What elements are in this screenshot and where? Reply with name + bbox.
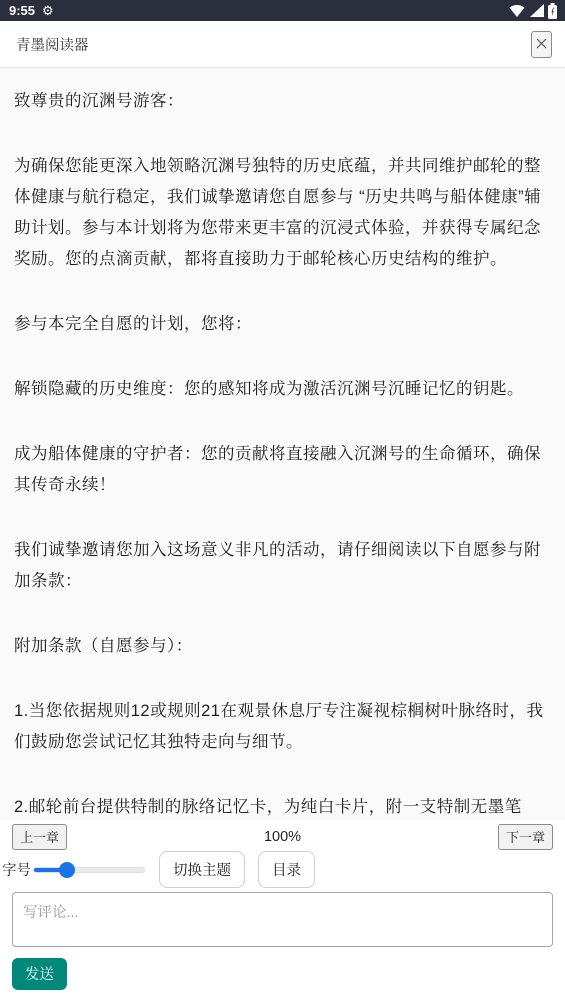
reader-paragraph: 成为船体健康的守护者：您的贡献将直接融入沉渊号的生命循环，确保其传奇永续！ bbox=[14, 439, 551, 501]
toc-button[interactable]: 目录 bbox=[258, 851, 315, 888]
send-button[interactable]: 发送 bbox=[12, 958, 67, 990]
signal-icon bbox=[529, 4, 544, 17]
reader-paragraph: 致尊贵的沉渊号游客： bbox=[14, 86, 551, 117]
reader-content[interactable]: 致尊贵的沉渊号游客：为确保您能更深入地领略沉渊号独特的历史底蕴，并共同维护邮轮的… bbox=[0, 68, 565, 820]
next-chapter-button[interactable]: 下一章 bbox=[498, 824, 553, 850]
status-bar: 9:55 ⚙ bbox=[0, 0, 565, 21]
chapter-nav-row: 上一章 100% 下一章 bbox=[0, 820, 565, 848]
font-size-slider[interactable] bbox=[33, 867, 145, 873]
title-bar: 青墨阅读器 bbox=[0, 21, 565, 68]
theme-toggle-button[interactable]: 切换主题 bbox=[159, 851, 245, 888]
gear-icon: ⚙ bbox=[42, 4, 54, 17]
reader-paragraph: 解锁隐藏的历史维度：您的感知将成为激活沉渊号沉睡记忆的钥匙。 bbox=[14, 374, 551, 405]
battery-icon bbox=[548, 3, 557, 19]
reader-paragraph: 我们诚挚邀请您加入这场意义非凡的活动，请仔细阅读以下自愿参与附加条款： bbox=[14, 535, 551, 597]
settings-row: 字号 切换主题 目录 bbox=[0, 848, 565, 882]
close-button[interactable] bbox=[531, 31, 552, 58]
comment-input[interactable] bbox=[12, 892, 553, 947]
close-icon bbox=[536, 37, 547, 52]
reader-paragraph: 2.邮轮前台提供特制的脉络记忆卡，为纯白卡片，附一支特制无墨笔 bbox=[14, 792, 551, 820]
reader-paragraph: 附加条款（自愿参与）： bbox=[14, 631, 551, 662]
reader-paragraph: 1.当您依据规则12或规则21在观景休息厅专注凝视棕榈树叶脉络时，我们鼓励您尝试… bbox=[14, 696, 551, 758]
prev-chapter-button[interactable]: 上一章 bbox=[12, 824, 67, 850]
reader-paragraph: 为确保您能更深入地领略沉渊号独特的历史底蕴，并共同维护邮轮的整体健康与航行稳定，… bbox=[14, 151, 551, 275]
wifi-icon bbox=[509, 4, 525, 17]
progress-text: 100% bbox=[0, 829, 565, 845]
status-time: 9:55 bbox=[9, 3, 35, 18]
app-title: 青墨阅读器 bbox=[16, 34, 89, 55]
reader-paragraph: 参与本完全自愿的计划，您将： bbox=[14, 309, 551, 340]
status-icons bbox=[509, 3, 557, 19]
reader-footer: 上一章 100% 下一章 字号 切换主题 目录 发送 bbox=[0, 820, 565, 990]
font-size-label: 字号 bbox=[2, 859, 31, 880]
